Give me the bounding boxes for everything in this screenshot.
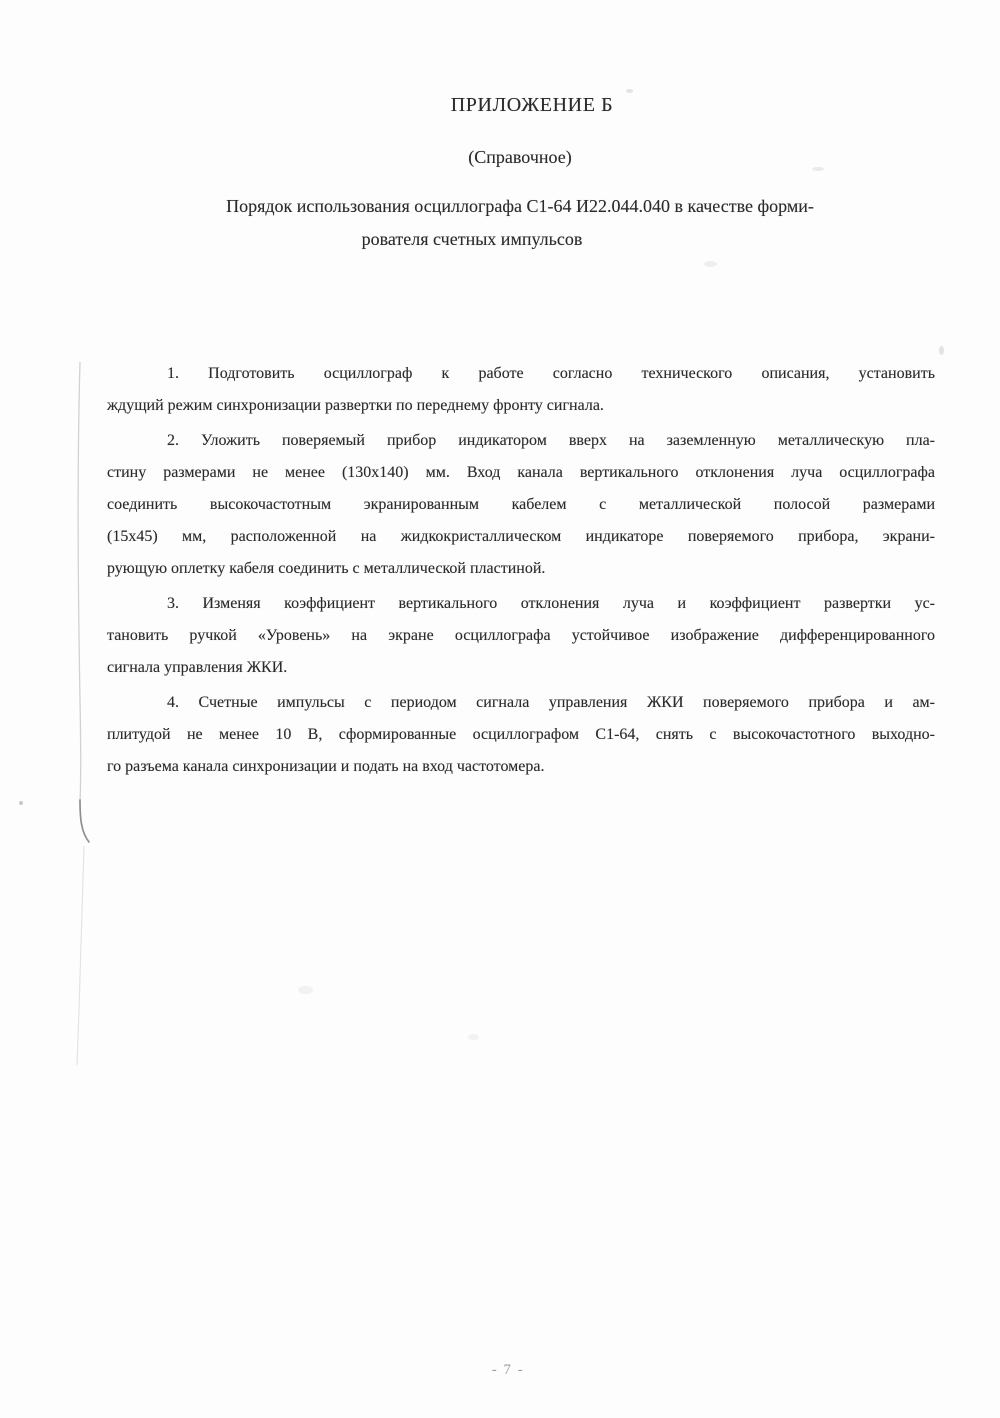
text-line: 1. Подготовить осциллограф к работе согл… — [107, 358, 935, 390]
scan-speck — [939, 346, 944, 355]
text-line: рующую оплетку кабеля соединить с металл… — [107, 553, 935, 585]
paragraph-1: 1. Подготовить осциллограф к работе согл… — [107, 358, 935, 422]
document-body: 1. Подготовить осциллограф к работе согл… — [107, 358, 935, 783]
document-title-line: рователя счетных импульсов — [0, 229, 972, 250]
appendix-subheading: (Справочное) — [20, 147, 1000, 168]
page-number: - 7 - — [8, 1362, 1000, 1379]
text-line: плитудой не менее 10 В, сформированные о… — [107, 719, 935, 751]
paragraph-3: 3. Изменяя коэффициент вертикального отк… — [107, 588, 935, 684]
scan-speck — [298, 986, 313, 994]
scan-speck — [19, 801, 23, 805]
appendix-heading: ПРИЛОЖЕНИЕ Б — [32, 94, 1000, 117]
text-line: стину размерами не менее (130х140) мм. В… — [107, 457, 935, 489]
text-line: соединить высокочастотным экранированным… — [107, 489, 935, 521]
paragraph-4: 4. Счетные импульсы с периодом сигнала у… — [107, 687, 935, 783]
scan-speck — [626, 89, 633, 93]
scan-speck — [704, 261, 717, 267]
text-line: 2. Уложить поверяемый прибор индикатором… — [107, 425, 935, 457]
text-line: тановить ручкой «Уровень» на экране осци… — [107, 620, 935, 652]
scanned-document-page: ПРИЛОЖЕНИЕ Б (Справочное) Порядок исполь… — [0, 0, 1000, 1418]
text-line: го разъема канала синхронизации и подать… — [107, 751, 935, 783]
document-title-line: Порядок использования осциллографа С1-64… — [20, 196, 1000, 217]
text-line: сигнала управления ЖКИ. — [107, 652, 935, 684]
text-line: 4. Счетные импульсы с периодом сигнала у… — [107, 687, 935, 719]
text-line: (15х45) мм, расположенной на жидкокриста… — [107, 521, 935, 553]
text-line: 3. Изменяя коэффициент вертикального отк… — [107, 588, 935, 620]
text-line: ждущий режим синхронизации развертки по … — [107, 390, 935, 422]
paragraph-2: 2. Уложить поверяемый прибор индикатором… — [107, 425, 935, 585]
scan-speck — [468, 1034, 479, 1040]
